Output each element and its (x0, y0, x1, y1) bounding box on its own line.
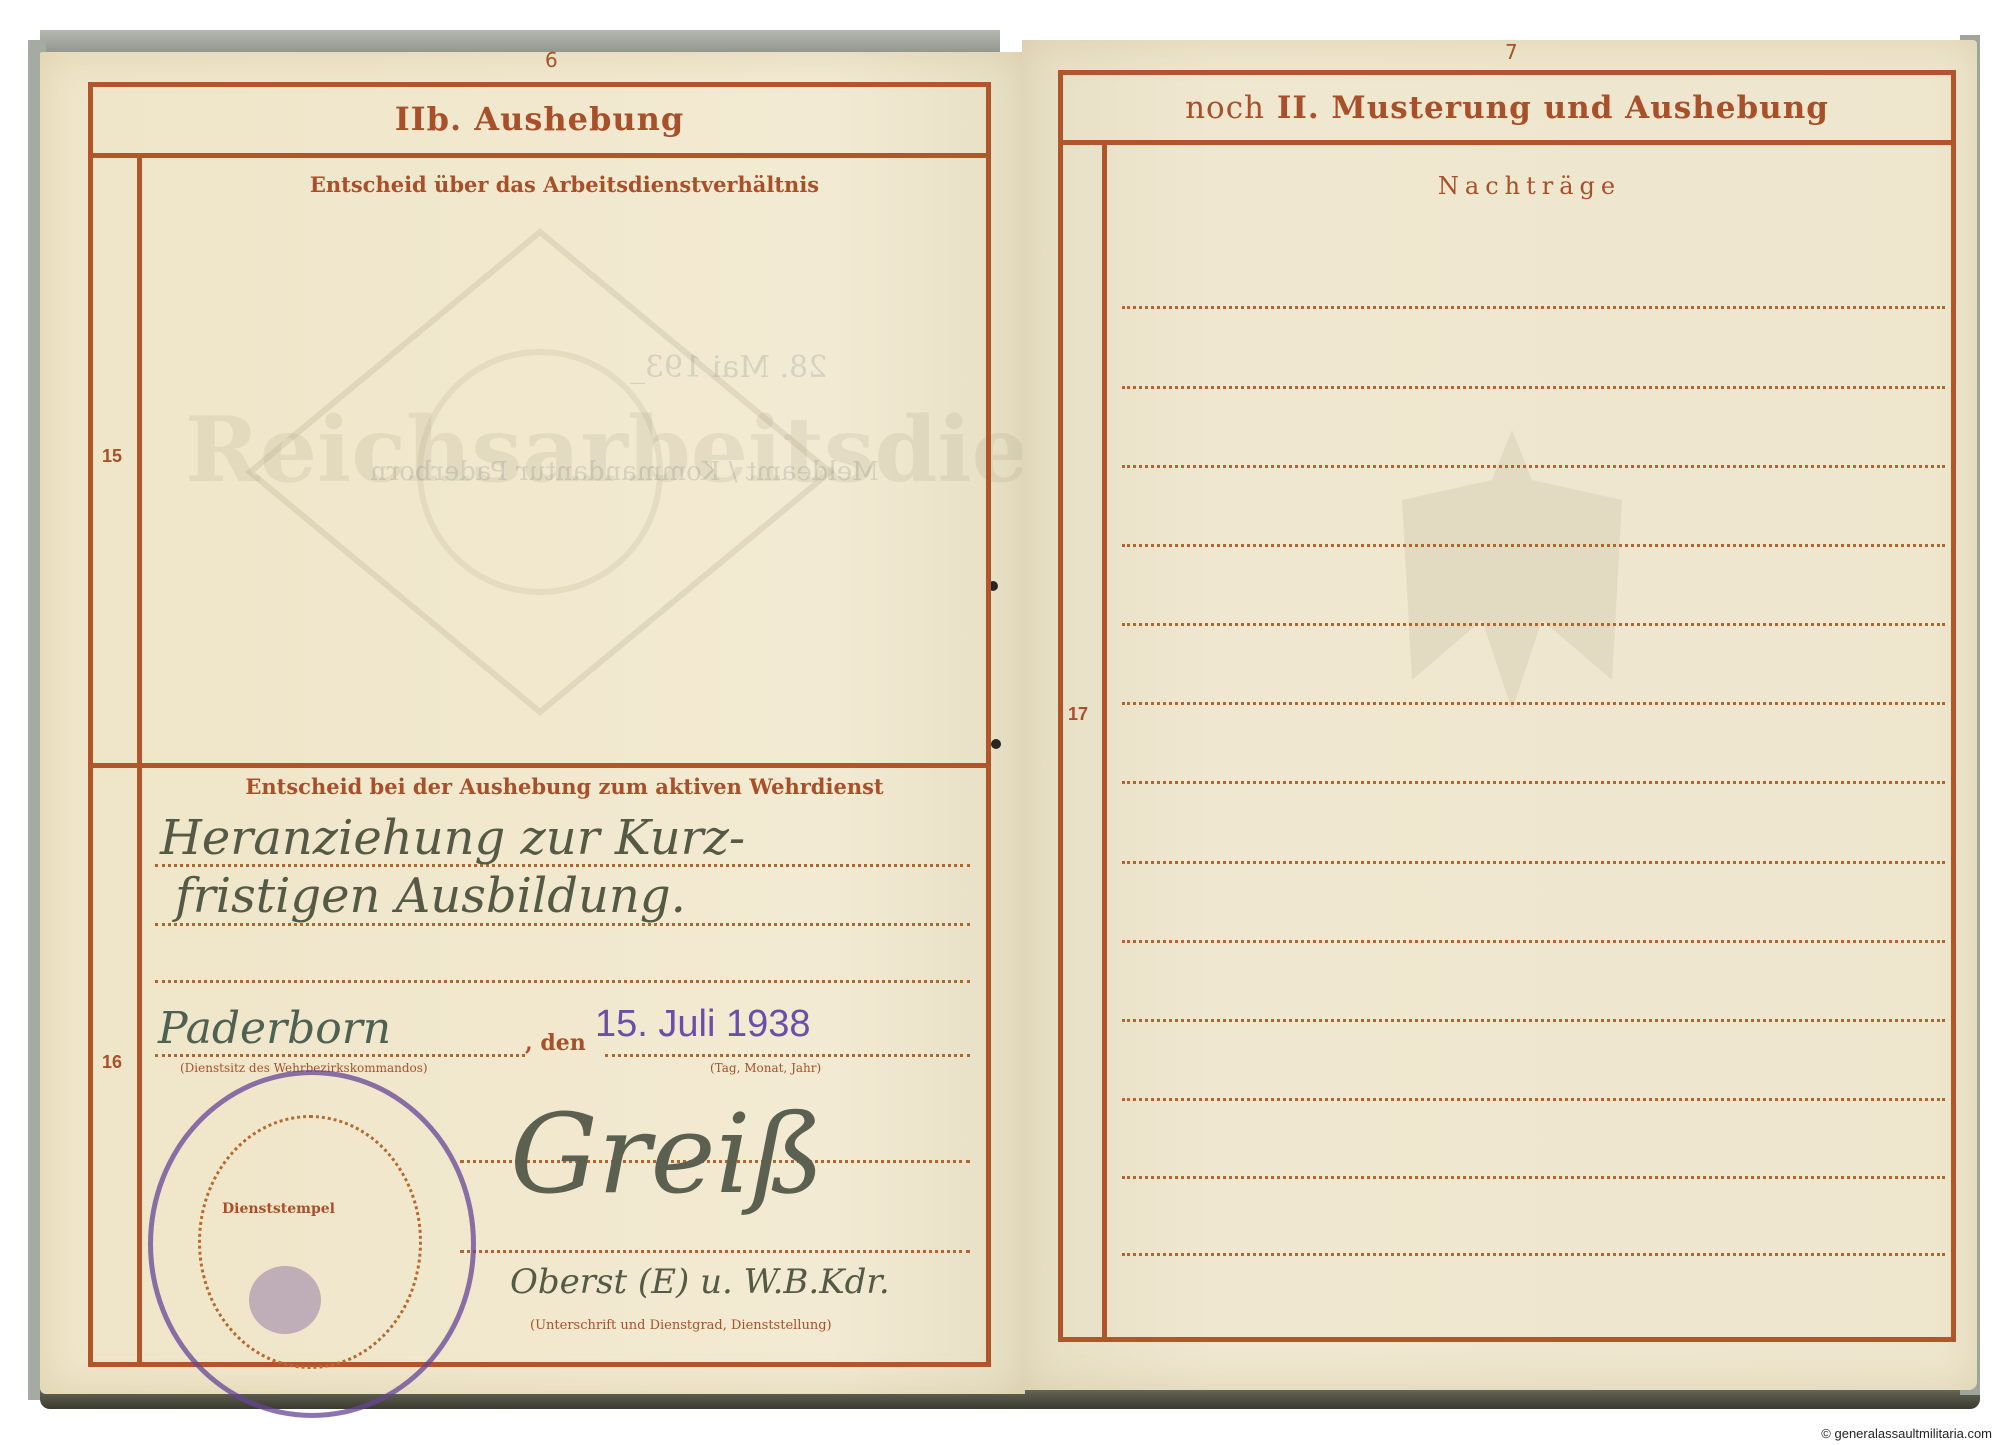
right-header-divider (1058, 140, 1956, 145)
field-number-15: 15 (102, 446, 122, 467)
place-handwritten: Paderborn (158, 1003, 391, 1054)
addendum-line (1122, 702, 1945, 705)
eagle-seal-icon (240, 1260, 330, 1340)
section-17-heading: Nachträge (1107, 172, 1952, 200)
page-number-right: 7 (1505, 40, 1518, 64)
title-main: II. Musterung und Aushebung (1277, 90, 1829, 126)
section-15-heading: Entscheid über das Arbeitsdienstverhältn… (142, 172, 987, 197)
signature-line (460, 1250, 970, 1253)
entry-line (155, 980, 970, 983)
left-header-divider (88, 153, 991, 158)
addendum-line (1122, 1176, 1945, 1179)
addendum-line (1122, 1253, 1945, 1256)
den-label: , den (525, 1030, 586, 1056)
title-prefix: noch (1185, 90, 1265, 126)
right-number-column-divider (1102, 140, 1107, 1342)
addendum-line (1122, 1098, 1945, 1101)
left-section-divider (88, 763, 991, 768)
date-caption: (Tag, Monat, Jahr) (710, 1061, 821, 1075)
decision-handwritten-line-1: Heranziehung zur Kurz- (160, 810, 745, 866)
signature-caption: (Unterschrift und Dienstgrad, Dienststel… (530, 1318, 832, 1333)
addendum-line (1122, 544, 1945, 547)
rank-handwritten: Oberst (E) u. W.B.Kdr. (510, 1262, 890, 1302)
left-number-column-divider (137, 153, 142, 1367)
addendum-line (1122, 781, 1945, 784)
page-number-left: 6 (545, 48, 558, 72)
decision-handwritten-line-2: fristigen Ausbildung. (175, 868, 686, 924)
addendum-line (1122, 940, 1945, 943)
right-form-frame (1058, 70, 1956, 1342)
addendum-line (1122, 861, 1945, 864)
seal-caption: Dienststempel (222, 1201, 335, 1217)
addendum-line (1122, 1019, 1945, 1022)
left-page-title: IIb. Aushebung (88, 100, 991, 138)
addendum-line (1122, 386, 1945, 389)
addendum-line (1122, 306, 1945, 309)
addendum-line (1122, 623, 1945, 626)
right-page-title: noch II. Musterung und Aushebung (1058, 90, 1956, 126)
copyright-notice: © generalassaultmilitaria.com (1821, 1426, 1992, 1441)
addendum-line (1122, 465, 1945, 468)
binding-stitch-hole (991, 739, 1001, 749)
date-line (605, 1054, 970, 1057)
field-number-16: 16 (102, 1052, 122, 1073)
section-16-heading: Entscheid bei der Aushebung zum aktiven … (142, 774, 987, 799)
signature-handwritten: Greiß (510, 1090, 824, 1218)
date-stamp: 15. Juli 1938 (595, 1003, 811, 1046)
place-line (155, 1054, 525, 1057)
field-number-17: 17 (1068, 704, 1088, 725)
